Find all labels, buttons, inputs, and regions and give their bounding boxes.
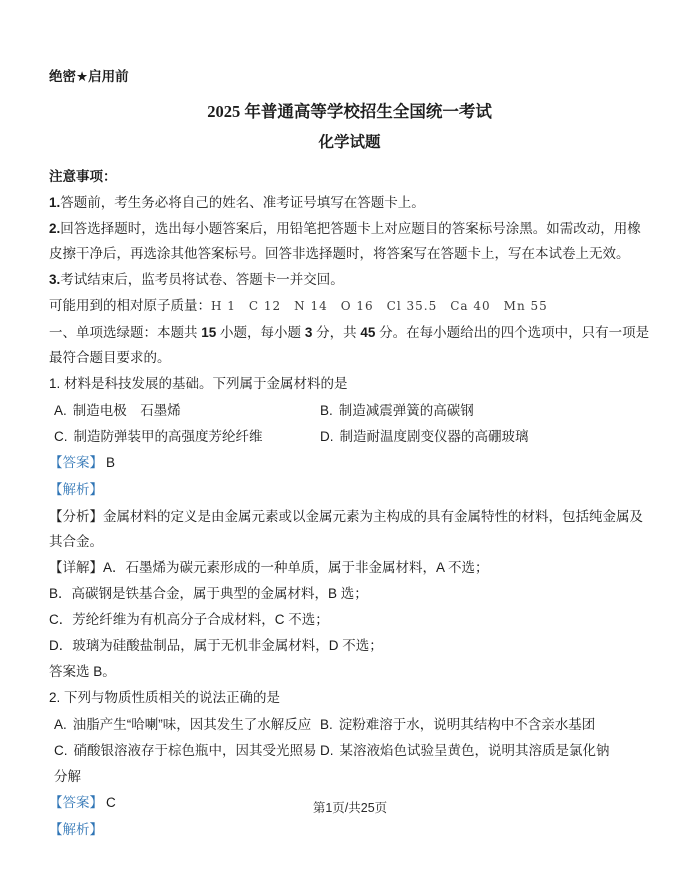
question-2-analysis-marker: 【解析】	[49, 817, 650, 843]
option-b-text: 淀粉难溶于水，说明其结构中不含亲水基团	[339, 717, 596, 732]
page-footer: 第1页/共25页	[0, 798, 700, 816]
question-1-detail-b: B．高碳钢是铁基合金，属于典型的金属材料，B 选；	[49, 581, 650, 606]
question-2: 2. 下列与物质性质相关的说法正确的是 A.油脂产生“哈喇”味，因其发生了水解反…	[49, 685, 650, 843]
section-intro: 一、单项选绿题：本题共 15 小题，每小题 3 分，共 45 分。在每小题给出的…	[49, 320, 650, 370]
question-1-analysis-paragraph: 【分析】金属材料的定义是由金属元素或以金属元素为主构成的具有金属特性的材料，包括…	[49, 504, 650, 554]
exam-document-page: { "doc": { "classification": "绝密★启用前", "…	[0, 0, 700, 878]
notice-item-2-number: 2.	[49, 221, 60, 236]
question-1-stem: 1. 材料是科技发展的基础。下列属于金属材料的是	[49, 371, 650, 397]
option-c-label: C.	[54, 743, 68, 758]
exam-title: 2025 年普通高等学校招生全国统一考试	[49, 99, 650, 125]
question-1-answer-line: 【答案】B	[49, 450, 650, 476]
question-1-conclusion: 答案选 B。	[49, 659, 650, 684]
option-c-text: 制造防弹装甲的高强度芳纶纤维	[74, 429, 263, 444]
question-1-option-d: D.制造耐温度剧变仪器的高硼玻璃	[320, 424, 650, 450]
option-a-label: A.	[54, 403, 67, 418]
question-2-number: 2.	[49, 690, 60, 705]
atomic-mass-values: H 1 C 12 N 14 O 16 Cl 35.5 Ca 40 Mn 55	[211, 299, 548, 313]
notice-item-3-number: 3.	[49, 272, 60, 287]
exam-subtitle: 化学试题	[49, 131, 650, 155]
question-1-detail-c: C．芳纶纤维为有机高分子合成材料，C 不选；	[49, 607, 650, 632]
question-2-stem: 2. 下列与物质性质相关的说法正确的是	[49, 685, 650, 711]
notice-item-3: 3.考试结束后，监考员将试卷、答题卡一并交回。	[49, 267, 650, 292]
question-1-answer-value: B	[106, 455, 115, 470]
question-1-number: 1.	[49, 376, 60, 391]
question-2-option-d: D.某溶液焰色试验呈黄色，说明其溶质是氯化钠	[320, 738, 650, 790]
option-b-label: B.	[320, 403, 333, 418]
notice-item-3-text: 考试结束后，监考员将试卷、答题卡一并交回。	[60, 272, 344, 287]
question-1-analysis-marker: 【解析】	[49, 477, 650, 503]
analysis-marker: 【解析】	[49, 822, 103, 837]
question-1-option-b: B.制造减震弹簧的高碳钢	[320, 398, 650, 424]
option-d-text: 制造耐温度剧变仪器的高硼玻璃	[340, 429, 529, 444]
question-2-option-c: C.硝酸银溶液存于棕色瓶中，因其受光照易分解	[49, 738, 320, 790]
atomic-mass-label: 可能用到的相对原子质量：	[49, 298, 211, 313]
page-body: 绝密★启用前 2025 年普通高等学校招生全国统一考试 化学试题 注意事项： 1…	[0, 0, 700, 843]
classification-label: 绝密★启用前	[49, 64, 650, 89]
notice-item-1: 1.答题前，考生务必将自己的姓名、准考证号填写在答题卡上。	[49, 190, 650, 215]
option-b-text: 制造减震弹簧的高碳钢	[339, 403, 474, 418]
question-1-detail-a: 【详解】A．石墨烯为碳元素形成的一种单质，属于非金属材料，A 不选；	[49, 555, 650, 580]
notice-item-2: 2.回答选择题时，选出每小题答案后，用铅笔把答题卡上对应题目的答案标号涂黑。如需…	[49, 216, 650, 266]
question-2-options-row-2: C.硝酸银溶液存于棕色瓶中，因其受光照易分解 D.某溶液焰色试验呈黄色，说明其溶…	[49, 738, 650, 790]
option-c-label: C.	[54, 429, 68, 444]
analysis-marker: 【解析】	[49, 482, 103, 497]
atomic-mass-line: 可能用到的相对原子质量：H 1 C 12 N 14 O 16 Cl 35.5 C…	[49, 293, 650, 319]
question-1-options-row-1: A.制造电极 石墨烯 B.制造减震弹簧的高碳钢	[49, 398, 650, 424]
option-a-text: 油脂产生“哈喇”味，因其发生了水解反应	[73, 717, 312, 732]
question-1: 1. 材料是科技发展的基础。下列属于金属材料的是 A.制造电极 石墨烯 B.制造…	[49, 371, 650, 684]
question-2-option-b: B.淀粉难溶于水，说明其结构中不含亲水基团	[320, 712, 650, 738]
option-d-label: D.	[320, 429, 334, 444]
question-2-options-row-1: A.油脂产生“哈喇”味，因其发生了水解反应 B.淀粉难溶于水，说明其结构中不含亲…	[49, 712, 650, 738]
notice-heading: 注意事项：	[49, 165, 650, 189]
question-1-options-row-2: C.制造防弹装甲的高强度芳纶纤维 D.制造耐温度剧变仪器的高硼玻璃	[49, 424, 650, 450]
question-1-detail-d: D．玻璃为硅酸盐制品，属于无机非金属材料，D 不选；	[49, 633, 650, 658]
question-1-option-c: C.制造防弹装甲的高强度芳纶纤维	[49, 424, 320, 450]
option-a-text: 制造电极 石墨烯	[73, 403, 181, 418]
option-d-text: 某溶液焰色试验呈黄色，说明其溶质是氯化钠	[340, 743, 610, 758]
notice-item-2-text: 回答选择题时，选出每小题答案后，用铅笔把答题卡上对应题目的答案标号涂黑。如需改动…	[49, 221, 641, 261]
question-2-option-a: A.油脂产生“哈喇”味，因其发生了水解反应	[49, 712, 320, 738]
option-b-label: B.	[320, 717, 333, 732]
option-d-label: D.	[320, 743, 334, 758]
option-c-text: 硝酸银溶液存于棕色瓶中，因其受光照易分解	[54, 743, 317, 784]
question-1-option-a: A.制造电极 石墨烯	[49, 398, 320, 424]
answer-marker: 【答案】	[49, 455, 103, 470]
notice-item-1-number: 1.	[49, 195, 60, 210]
option-a-label: A.	[54, 717, 67, 732]
notice-item-1-text: 答题前，考生务必将自己的姓名、准考证号填写在答题卡上。	[60, 195, 425, 210]
